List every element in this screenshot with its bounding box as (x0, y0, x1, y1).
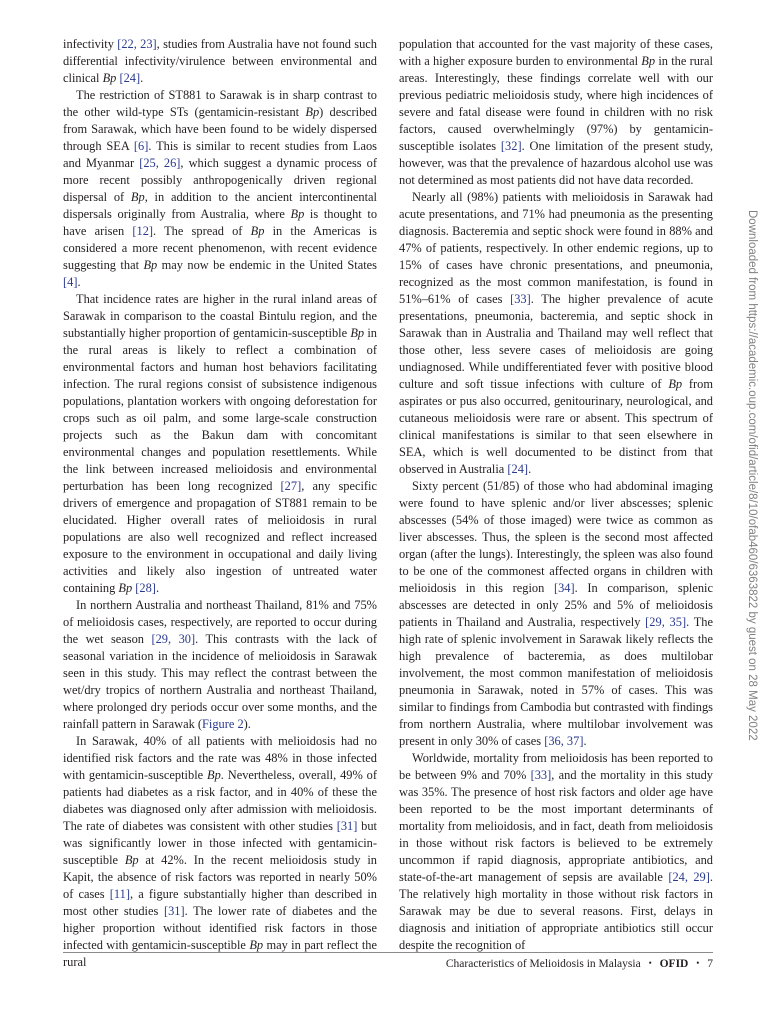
page-number: 7 (707, 958, 713, 970)
citation-link[interactable]: [31] (337, 819, 358, 833)
citation-link[interactable]: [34] (554, 581, 575, 595)
text-run: may now be endemic in the United States (157, 258, 377, 272)
species-abbreviation: Bp (668, 377, 682, 391)
species-abbreviation: Bp (125, 853, 139, 867)
citation-link[interactable]: [36, 37] (544, 734, 583, 748)
body-paragraph: Worldwide, mortality from melioidosis ha… (399, 750, 713, 954)
bullet-separator: • (649, 958, 652, 968)
text-run: . (528, 462, 531, 476)
citation-link[interactable]: [27] (281, 479, 302, 493)
download-watermark: Downloaded from https://academic.oup.com… (738, 210, 758, 810)
text-run: That incidence rates are higher in the r… (63, 292, 377, 340)
citation-link[interactable]: [33] (510, 292, 531, 306)
body-paragraph: Sixty percent (51/85) of those who had a… (399, 478, 713, 750)
citation-link[interactable]: [24] (119, 71, 140, 85)
journal-name: OFID (660, 958, 689, 970)
species-abbreviation: Bp (143, 258, 157, 272)
bullet-separator: • (696, 958, 699, 968)
body-paragraph: Nearly all (98%) patients with melioidos… (399, 189, 713, 478)
citation-link[interactable]: [33] (531, 768, 552, 782)
species-abbreviation: Bp (118, 581, 132, 595)
citation-link[interactable]: Figure 2 (202, 717, 244, 731)
page-footer: Characteristics of Melioidosis in Malays… (446, 958, 713, 970)
text-run: . The high rate of splenic involvement i… (399, 615, 713, 748)
species-abbreviation: Bp (103, 71, 117, 85)
text-run: in the rural areas is likely to reflect … (63, 326, 377, 493)
species-abbreviation: Bp (131, 190, 145, 204)
species-abbreviation: Bp (291, 207, 305, 221)
text-run: infectivity (63, 37, 117, 51)
citation-link[interactable]: [29, 35] (645, 615, 686, 629)
footer-divider (63, 952, 713, 953)
citation-link[interactable]: [28] (135, 581, 156, 595)
species-abbreviation: Bp (207, 768, 221, 782)
species-abbreviation: Bp (249, 938, 263, 952)
text-run: ). (244, 717, 251, 731)
citation-link[interactable]: [25, 26] (139, 156, 180, 170)
citation-link[interactable]: [24] (507, 462, 528, 476)
text-run: . (156, 581, 159, 595)
citation-link[interactable]: [12] (132, 224, 153, 238)
right-column: population that accounted for the vast m… (399, 36, 713, 954)
citation-link[interactable]: [31] (164, 904, 185, 918)
species-abbreviation: Bp (350, 326, 364, 340)
citation-link[interactable]: [32] (501, 139, 522, 153)
species-abbreviation: Bp (305, 105, 319, 119)
citation-link[interactable]: [24, 29] (668, 870, 710, 884)
running-title: Characteristics of Melioidosis in Malays… (446, 958, 641, 970)
text-run: . The higher prevalence of acute present… (399, 292, 713, 391)
text-run: Nearly all (98%) patients with melioidos… (399, 190, 713, 306)
text-run: Sixty percent (51/85) of those who had a… (399, 479, 713, 595)
species-abbreviation: Bp (251, 224, 265, 238)
left-column: infectivity [22, 23], studies from Austr… (63, 36, 377, 971)
citation-link[interactable]: [6] (134, 139, 148, 153)
text-run: , and the mortality in this study was 35… (399, 768, 713, 884)
body-paragraph: That incidence rates are higher in the r… (63, 291, 377, 597)
body-paragraph: The restriction of ST881 to Sarawak is i… (63, 87, 377, 291)
species-abbreviation: Bp (641, 54, 655, 68)
body-paragraph: In Sarawak, 40% of all patients with mel… (63, 733, 377, 971)
body-paragraph: In northern Australia and northeast Thai… (63, 597, 377, 733)
text-run: . (77, 275, 80, 289)
citation-link[interactable]: [4] (63, 275, 77, 289)
text-run: . (140, 71, 143, 85)
text-run: . The spread of (153, 224, 251, 238)
citation-link[interactable]: [29, 30] (151, 632, 195, 646)
text-run: , any specific drivers of emergence and … (63, 479, 377, 595)
body-paragraph: population that accounted for the vast m… (399, 36, 713, 189)
body-paragraph: infectivity [22, 23], studies from Austr… (63, 36, 377, 87)
citation-link[interactable]: [22, 23] (117, 37, 156, 51)
text-run: . (583, 734, 586, 748)
citation-link[interactable]: [11] (110, 887, 130, 901)
text-run: from aspirates or pus also occurred, gen… (399, 377, 713, 476)
